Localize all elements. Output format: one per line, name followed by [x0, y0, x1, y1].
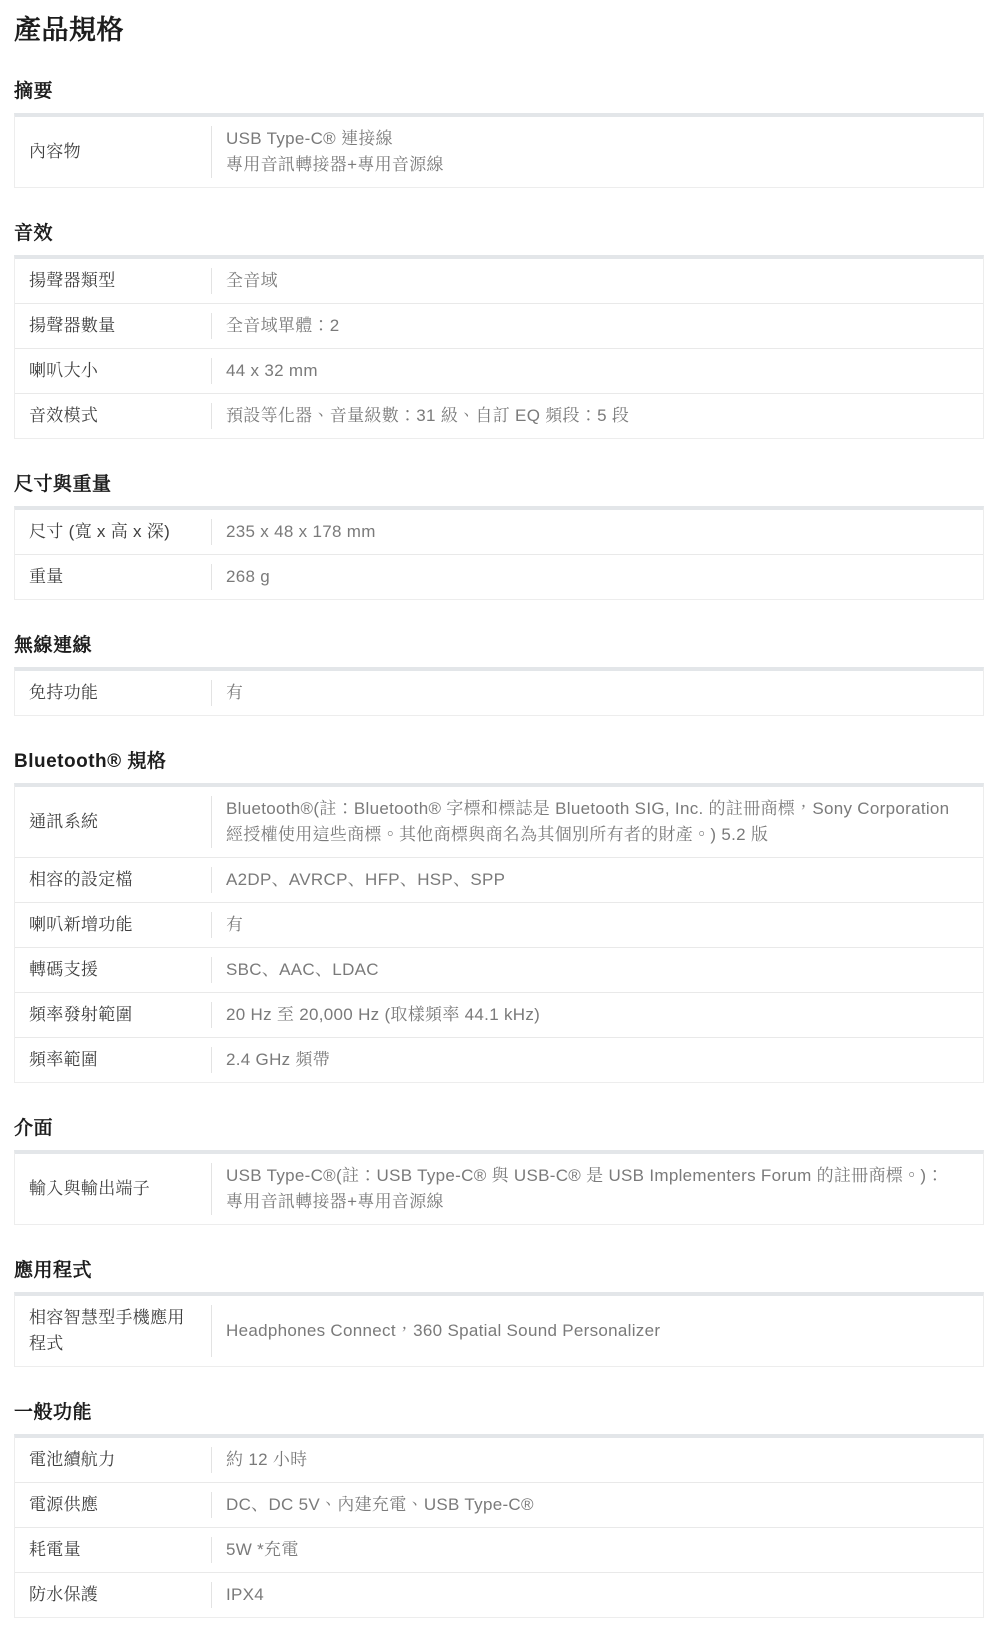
spec-row: 揚聲器類型 全音域: [15, 259, 983, 304]
spec-value: 2.4 GHz 頻帶: [211, 1047, 983, 1073]
spec-section: 介面 輸入與輸出端子 USB Type-C®(註：USB Type-C® 與 U…: [14, 1117, 984, 1225]
section-title: 介面: [14, 1117, 984, 1141]
spec-label: 輸入與輸出端子: [15, 1163, 211, 1215]
spec-table: 通訊系統 Bluetooth®(註：Bluetooth® 字標和標誌是 Blue…: [14, 783, 984, 1083]
product-specs-page: 產品規格 摘要 內容物 USB Type-C® 連接線專用音訊轉接器+專用音源線…: [0, 0, 1000, 1644]
spec-section: 音效 揚聲器類型 全音域 揚聲器數量 全音域單體：2 喇叭大小 44 x 32 …: [14, 222, 984, 439]
spec-value-line: A2DP、AVRCP、HFP、HSP、SPP: [226, 867, 959, 893]
spec-value: SBC、AAC、LDAC: [211, 957, 983, 983]
spec-table: 相容智慧型手機應用程式 Headphones Connect，360 Spati…: [14, 1292, 984, 1367]
spec-label: 喇叭大小: [15, 358, 211, 384]
spec-section: 應用程式 相容智慧型手機應用程式 Headphones Connect，360 …: [14, 1259, 984, 1367]
spec-label: 通訊系統: [15, 796, 211, 848]
spec-label: 頻率發射範圍: [15, 1002, 211, 1028]
spec-row: 免持功能 有: [15, 671, 983, 715]
spec-table: 電池續航力 約 12 小時 電源供應 DC、DC 5V、內建充電、USB Typ…: [14, 1434, 984, 1618]
spec-label: 電源供應: [15, 1492, 211, 1518]
spec-value: USB Type-C®(註：USB Type-C® 與 USB-C® 是 USB…: [211, 1163, 983, 1215]
section-title: 音效: [14, 222, 984, 246]
section-title: 應用程式: [14, 1259, 984, 1283]
spec-row: 喇叭大小 44 x 32 mm: [15, 349, 983, 394]
spec-value-line: 268 g: [226, 564, 959, 590]
spec-value-line: IPX4: [226, 1582, 959, 1608]
spec-row: 尺寸 (寬 x 高 x 深) 235 x 48 x 178 mm: [15, 510, 983, 555]
spec-row: 喇叭新增功能 有: [15, 903, 983, 948]
spec-table: 輸入與輸出端子 USB Type-C®(註：USB Type-C® 與 USB-…: [14, 1150, 984, 1225]
spec-row: 防水保護 IPX4: [15, 1573, 983, 1617]
spec-value: 有: [211, 680, 983, 706]
spec-label: 轉碼支援: [15, 957, 211, 983]
section-title: 無線連線: [14, 634, 984, 658]
spec-row: 輸入與輸出端子 USB Type-C®(註：USB Type-C® 與 USB-…: [15, 1154, 983, 1224]
spec-value-line: 預設等化器、音量級數：31 級、自訂 EQ 頻段：5 段: [226, 403, 959, 429]
spec-value-line: 235 x 48 x 178 mm: [226, 519, 959, 545]
spec-value-line: USB Type-C®(註：USB Type-C® 與 USB-C® 是 USB…: [226, 1163, 959, 1215]
spec-value: 全音域單體：2: [211, 313, 983, 339]
spec-value: IPX4: [211, 1582, 983, 1608]
spec-value: A2DP、AVRCP、HFP、HSP、SPP: [211, 867, 983, 893]
spec-label: 頻率範圍: [15, 1047, 211, 1073]
spec-row: 相容智慧型手機應用程式 Headphones Connect，360 Spati…: [15, 1296, 983, 1366]
spec-label: 內容物: [15, 126, 211, 178]
spec-label: 揚聲器數量: [15, 313, 211, 339]
spec-value-line: 2.4 GHz 頻帶: [226, 1047, 959, 1073]
spec-value-line: 全音域: [226, 268, 959, 294]
spec-label: 喇叭新增功能: [15, 912, 211, 938]
spec-label: 尺寸 (寬 x 高 x 深): [15, 519, 211, 545]
spec-table: 揚聲器類型 全音域 揚聲器數量 全音域單體：2 喇叭大小 44 x 32 mm …: [14, 255, 984, 439]
spec-row: 耗電量 5W *充電: [15, 1528, 983, 1573]
spec-section: 一般功能 電池續航力 約 12 小時 電源供應 DC、DC 5V、內建充電、US…: [14, 1401, 984, 1618]
spec-row: 通訊系統 Bluetooth®(註：Bluetooth® 字標和標誌是 Blue…: [15, 787, 983, 858]
spec-row: 揚聲器數量 全音域單體：2: [15, 304, 983, 349]
spec-value: Bluetooth®(註：Bluetooth® 字標和標誌是 Bluetooth…: [211, 796, 983, 848]
spec-label: 耗電量: [15, 1537, 211, 1563]
spec-row: 轉碼支援 SBC、AAC、LDAC: [15, 948, 983, 993]
spec-value: 20 Hz 至 20,000 Hz (取樣頻率 44.1 kHz): [211, 1002, 983, 1028]
spec-section: Bluetooth® 規格 通訊系統 Bluetooth®(註：Bluetoot…: [14, 750, 984, 1083]
spec-value-line: 44 x 32 mm: [226, 358, 959, 384]
spec-section: 尺寸與重量 尺寸 (寬 x 高 x 深) 235 x 48 x 178 mm 重…: [14, 473, 984, 600]
spec-value: 約 12 小時: [211, 1447, 983, 1473]
section-title: 摘要: [14, 80, 984, 104]
spec-row: 電源供應 DC、DC 5V、內建充電、USB Type-C®: [15, 1483, 983, 1528]
spec-value: 有: [211, 912, 983, 938]
spec-row: 電池續航力 約 12 小時: [15, 1438, 983, 1483]
spec-value-line: 5W *充電: [226, 1537, 959, 1563]
spec-table: 內容物 USB Type-C® 連接線專用音訊轉接器+專用音源線: [14, 113, 984, 188]
spec-label: 防水保護: [15, 1582, 211, 1608]
spec-value: Headphones Connect，360 Spatial Sound Per…: [211, 1305, 983, 1357]
spec-label: 重量: [15, 564, 211, 590]
spec-label: 電池續航力: [15, 1447, 211, 1473]
section-title: 一般功能: [14, 1401, 984, 1425]
spec-table: 尺寸 (寬 x 高 x 深) 235 x 48 x 178 mm 重量 268 …: [14, 506, 984, 600]
spec-value-line: 有: [226, 680, 959, 706]
spec-value: 268 g: [211, 564, 983, 590]
spec-value: 預設等化器、音量級數：31 級、自訂 EQ 頻段：5 段: [211, 403, 983, 429]
spec-value-line: USB Type-C® 連接線: [226, 126, 959, 152]
page-title: 產品規格: [14, 14, 984, 46]
spec-value-line: Bluetooth®(註：Bluetooth® 字標和標誌是 Bluetooth…: [226, 796, 959, 848]
spec-section: 無線連線 免持功能 有: [14, 634, 984, 716]
spec-sections: 摘要 內容物 USB Type-C® 連接線專用音訊轉接器+專用音源線 音效 揚…: [14, 80, 984, 1618]
spec-value-line: DC、DC 5V、內建充電、USB Type-C®: [226, 1492, 959, 1518]
spec-value: DC、DC 5V、內建充電、USB Type-C®: [211, 1492, 983, 1518]
spec-row: 重量 268 g: [15, 555, 983, 599]
spec-value-line: 全音域單體：2: [226, 313, 959, 339]
spec-label: 揚聲器類型: [15, 268, 211, 294]
spec-row: 頻率發射範圍 20 Hz 至 20,000 Hz (取樣頻率 44.1 kHz): [15, 993, 983, 1038]
spec-value: USB Type-C® 連接線專用音訊轉接器+專用音源線: [211, 126, 983, 178]
spec-value-line: 有: [226, 912, 959, 938]
spec-section: 摘要 內容物 USB Type-C® 連接線專用音訊轉接器+專用音源線: [14, 80, 984, 188]
spec-label: 相容智慧型手機應用程式: [15, 1305, 211, 1357]
spec-value-line: 20 Hz 至 20,000 Hz (取樣頻率 44.1 kHz): [226, 1002, 959, 1028]
spec-row: 相容的設定檔 A2DP、AVRCP、HFP、HSP、SPP: [15, 858, 983, 903]
spec-value: 5W *充電: [211, 1537, 983, 1563]
spec-label: 相容的設定檔: [15, 867, 211, 893]
spec-value-line: Headphones Connect，360 Spatial Sound Per…: [226, 1318, 959, 1344]
spec-value-line: 專用音訊轉接器+專用音源線: [226, 152, 959, 178]
spec-row: 頻率範圍 2.4 GHz 頻帶: [15, 1038, 983, 1082]
spec-value-line: SBC、AAC、LDAC: [226, 957, 959, 983]
spec-value-line: 約 12 小時: [226, 1447, 959, 1473]
spec-value: 全音域: [211, 268, 983, 294]
spec-table: 免持功能 有: [14, 667, 984, 716]
section-title: 尺寸與重量: [14, 473, 984, 497]
spec-label: 免持功能: [15, 680, 211, 706]
spec-value: 235 x 48 x 178 mm: [211, 519, 983, 545]
spec-row: 內容物 USB Type-C® 連接線專用音訊轉接器+專用音源線: [15, 117, 983, 187]
spec-value: 44 x 32 mm: [211, 358, 983, 384]
section-title: Bluetooth® 規格: [14, 750, 984, 774]
spec-label: 音效模式: [15, 403, 211, 429]
spec-row: 音效模式 預設等化器、音量級數：31 級、自訂 EQ 頻段：5 段: [15, 394, 983, 438]
